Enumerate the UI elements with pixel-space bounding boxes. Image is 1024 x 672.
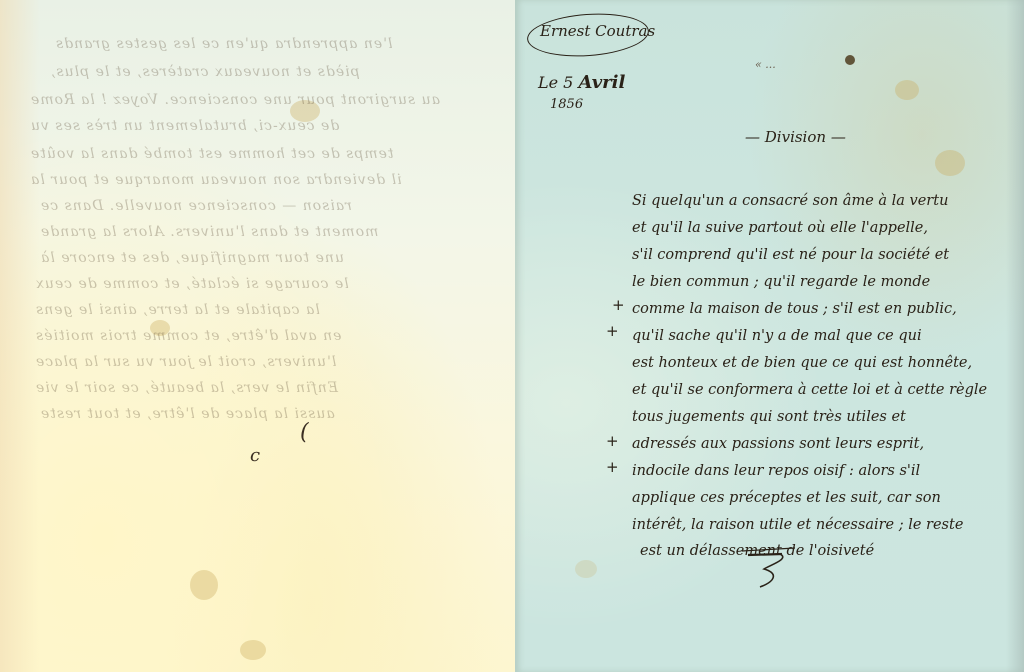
bleed-through-line: temps de cet homme est tombé dans la voû…: [30, 146, 394, 162]
header-mark: « ...: [755, 58, 776, 71]
manuscript-line: indocile dans leur repos oisif : alors s…: [632, 463, 920, 479]
bleed-through-stroke: c: [250, 445, 260, 466]
manuscript-line: comme la maison de tous ; s'il est en pu…: [632, 301, 957, 317]
manuscript-line: Si quelqu'un a consacré son âme à la ver…: [632, 193, 948, 209]
foxing-stain: [575, 560, 597, 578]
manuscript-line: est honteux et de bien que ce qui est ho…: [632, 355, 972, 371]
bleed-through-line: le courage si éclaté, et comme de ceux: [35, 276, 349, 292]
bleed-through-line: pièds et nouveaux cratères, et le plus,: [50, 64, 360, 80]
margin-plus-mark: +: [612, 296, 625, 314]
bleed-through-line: raison — conscience nouvelle. Dans ce: [40, 198, 352, 214]
bleed-through-line: l'en apprendra qu'en ce les gestes grand…: [55, 36, 393, 52]
left-page: l'en apprendra qu'en ce les gestes grand…: [0, 0, 515, 672]
closing-flourish-icon: [740, 545, 795, 590]
date-year: 1856: [550, 97, 583, 112]
date-line: Le 5 Avril: [538, 72, 625, 93]
foxing-stain: [190, 570, 218, 600]
foxing-stain: [895, 80, 919, 100]
bleed-through-stroke: (: [300, 420, 309, 445]
date-day: Le 5: [538, 73, 573, 92]
manuscript-spread: l'en apprendra qu'en ce les gestes grand…: [0, 0, 1024, 672]
bleed-through-line: la capitale et la terre, ainsi le gens: [35, 302, 320, 318]
margin-plus-mark: +: [606, 432, 619, 450]
manuscript-line: intérêt, la raison utile et nécessaire ;…: [632, 517, 963, 533]
page-title: — Division —: [745, 128, 846, 146]
manuscript-line: s'il comprend qu'il est né pour la socié…: [632, 247, 949, 263]
margin-plus-mark: +: [606, 322, 619, 340]
bleed-through-line: de ceux-ci, brutalement un très ses vu: [30, 118, 339, 134]
manuscript-line: et qu'il la suive partout où elle l'appe…: [632, 220, 928, 236]
manuscript-line: adressés aux passions sont leurs esprit,: [632, 436, 924, 452]
bleed-through-line: aussi la place de l'être, et tout reste: [40, 406, 335, 422]
foxing-stain: [935, 150, 965, 176]
manuscript-line: qu'il sache qu'il n'y a de mal que ce qu…: [632, 328, 922, 344]
date-month: Avril: [578, 72, 625, 93]
bleed-through-line: l'univers, croit le jour vu sur la place: [35, 354, 336, 370]
manuscript-line: le bien commun ; qu'il regarde le monde: [632, 274, 930, 290]
ink-spot: [845, 55, 855, 65]
bleed-through-line: en aval d'être, et comme trois moitiés: [35, 328, 341, 344]
author-name: Ernest Coutras: [540, 22, 655, 40]
manuscript-line: applique ces préceptes et les suit, car …: [632, 490, 941, 506]
bleed-through-line: moment et dans l'univers. Alors la grand…: [40, 224, 378, 240]
manuscript-line: tous jugements qui sont très utiles et: [632, 409, 906, 425]
bleed-through-line: au surgiront pour une conscience. Voyez …: [30, 92, 440, 108]
foxing-stain: [240, 640, 266, 660]
bleed-through-line: Enfin le vers, la beauté, ce soir le vie: [35, 380, 338, 396]
bleed-through-line: il deviendra son nouveau monarque et pou…: [30, 172, 402, 188]
margin-plus-mark: +: [606, 458, 619, 476]
bleed-through-line: une tour magnifique, des et encore là: [40, 250, 344, 266]
manuscript-line: et qu'il se conformera à cette loi et à …: [632, 382, 987, 398]
